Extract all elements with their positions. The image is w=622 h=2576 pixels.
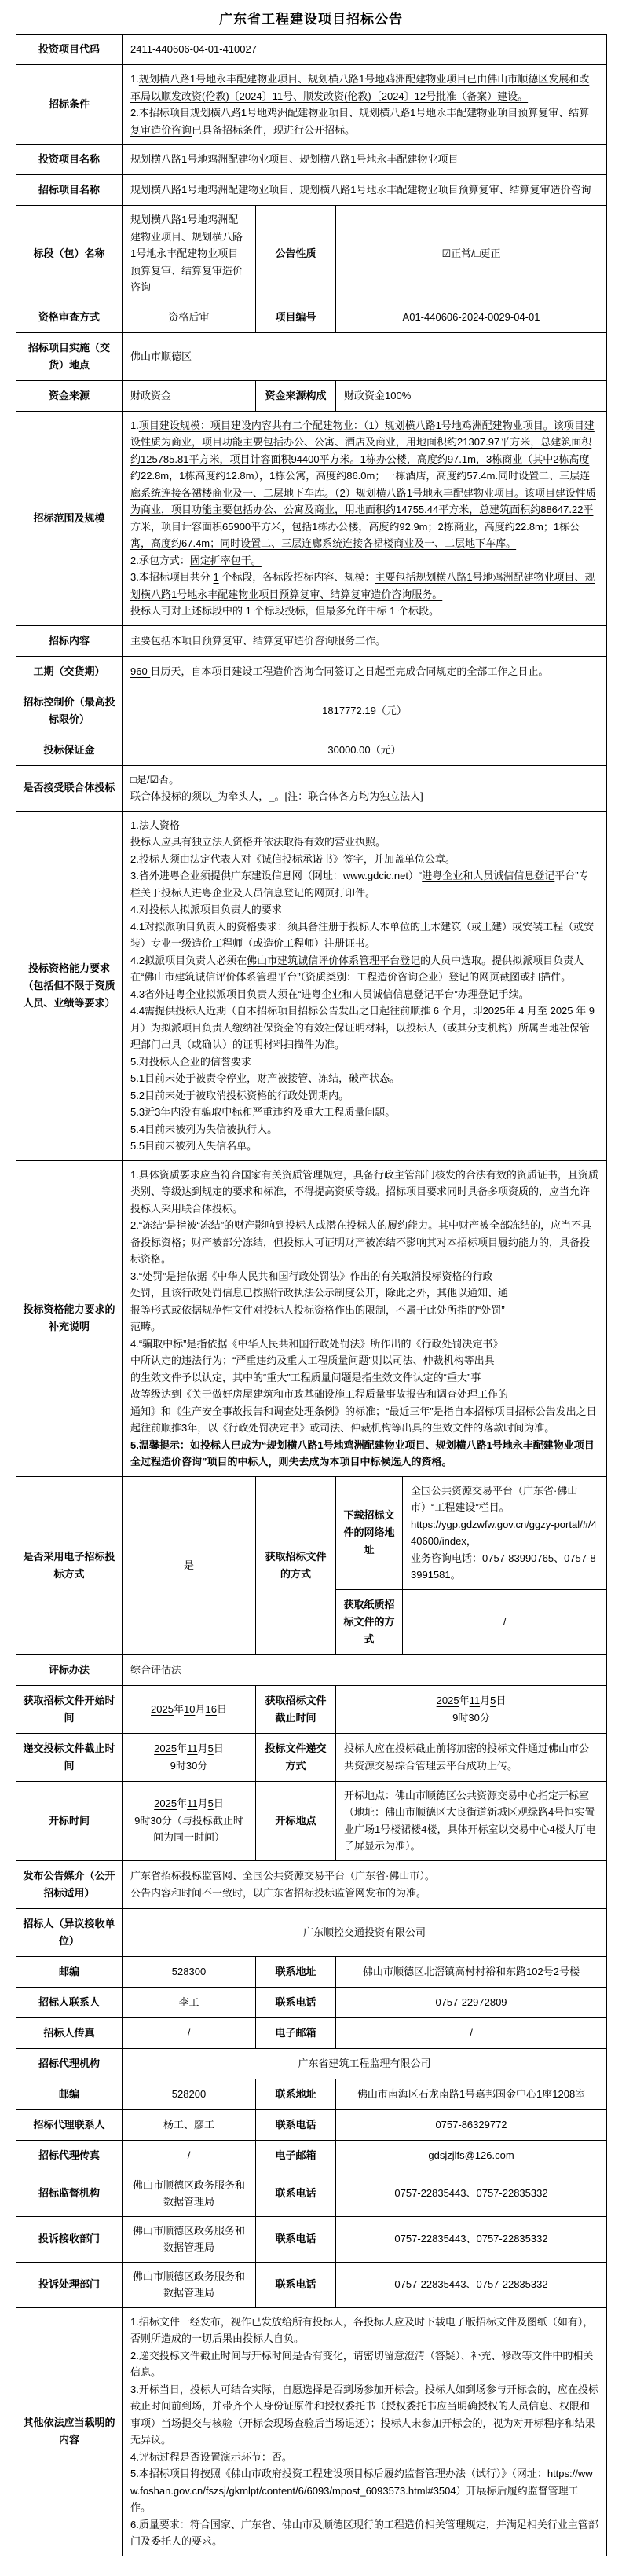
text-line: 是	[130, 1557, 247, 1574]
text-line: /	[130, 2147, 247, 2164]
text-line: 广东顺控交通投资有限公司	[130, 1924, 598, 1941]
text-line: 资格后审	[130, 309, 247, 326]
text-line: 0757-22835443、0757-22835332	[344, 2185, 598, 2202]
delivery-location-label: 招标项目实施（交货）地点	[16, 332, 123, 380]
announcement-nature-value: ☑正常/□更正	[336, 206, 607, 302]
complaint-handling-row: 投诉处理部门佛山市顺德区政务服务和数据管理局联系电话0757-22835443、…	[16, 2262, 607, 2307]
text-line: 招标范围及规模	[21, 510, 117, 527]
investment-project-name-row: 投资项目名称规划横八路1号地鸡洲配建物业项目、规划横八路1号地永丰配建物业项目	[16, 145, 607, 175]
text-line: 广东省建筑工程监理有限公司	[130, 2055, 598, 2072]
text-line: 下载招标文件的网络地址	[341, 1507, 397, 1559]
electronic-bidding-row: 是否采用电子招标投标方式是获取招标文件的方式下载招标文件的网络地址全国公共资源交…	[16, 1476, 607, 1589]
tenderer-fax-label: 招标人传真	[16, 2017, 123, 2048]
submission-deadline-label: 递交投标文件截止时间	[16, 1733, 123, 1781]
text-line: 投标人可对上述标段中的 1 个标段投标，但最多允许中标 1 个标段。	[130, 603, 598, 620]
text-line: 联系电话	[261, 1994, 331, 2011]
text-line: 投标保证金	[21, 742, 117, 759]
qualification-supplement-label: 投标资格能力要求的补充说明	[16, 1160, 123, 1476]
tenderer-value: 广东顺控交通投资有限公司	[123, 1908, 607, 1956]
delivery-location-row: 招标项目实施（交货）地点佛山市顺德区	[16, 332, 607, 380]
text-line: 0757-22972809	[344, 1994, 598, 2011]
complaint-receiving-row: 投诉接收部门佛山市顺德区政务服务和数据管理局联系电话0757-22835443、…	[16, 2216, 607, 2262]
text-line: 2025年11月5日	[130, 1795, 247, 1812]
tender-project-name-value: 规划横八路1号地鸡洲配建物业项目、规划横八路1号地永丰配建物业项目预算复审、结算…	[123, 175, 607, 206]
text-line: 递交投标文件截止时间	[21, 1740, 117, 1775]
tenderer-label: 招标人（异议接收单位）	[16, 1908, 123, 1956]
opening-time-value: 2025年11月5日9时30分（与投标截止时间为同一时间）	[123, 1781, 256, 1860]
obtain-deadline-value: 2025年11月5日9时30分	[336, 1685, 607, 1733]
text-line: /	[344, 2025, 598, 2042]
consortium-accepted-label: 是否接受联合体投标	[16, 765, 123, 811]
text-line: 1.法人资格	[130, 817, 598, 834]
text-line: 招标监督机构	[21, 2185, 117, 2202]
text-line: 评标办法	[21, 1662, 117, 1679]
tenderer-address-value: 佛山市顺德区北滘镇高村村裕和东路102号2号楼	[336, 1956, 607, 1987]
document-obtain-time-row: 获取招标文件开始时间2025年10月16日获取招标文件截止时间2025年11月5…	[16, 1685, 607, 1733]
qualification-supplement-row: 投标资格能力要求的补充说明1.具体资质要求应当符合国家有关资质管理规定，具备行政…	[16, 1160, 607, 1476]
complaint-receiving-value: 佛山市顺德区政务服务和数据管理局	[123, 2216, 256, 2262]
agency-fax-row: 招标代理传真/电子邮箱gdsjzjlfs@126.com	[16, 2140, 607, 2171]
control-price-label: 招标控制价（最高投标限价）	[16, 687, 123, 735]
section-package-row: 标段（包）名称规划横八路1号地鸡洲配建物业项目、规划横八路1号地永丰配建物业项目…	[16, 206, 607, 302]
text-line: 联系地址	[261, 2086, 331, 2103]
supervision-phone-value: 0757-22835443、0757-22835332	[336, 2171, 607, 2216]
download-url-value: 全国公共资源交易平台（广东省·佛山市）“工程建设”栏目。https://ygp.…	[403, 1476, 607, 1589]
text-line: 3.本招标项目共分 1 个标段，各标段招标内容、规模：主要包括规划横八路1号地鸡…	[130, 569, 598, 603]
text-line: 招标代理传真	[21, 2147, 117, 2164]
text-line: 3.开标当日，投标人可结合实际，自愿选择是否到场参加开标会。投标人如到场参与开标…	[130, 2381, 598, 2449]
complaint-receiving-label: 投诉接收部门	[16, 2216, 123, 2262]
submission-method-value: 投标人应在投标截止前将加密的投标文件通过佛山市公共资源交易综合管理云平台成功上传…	[336, 1733, 607, 1781]
text-line: 联系电话	[261, 2230, 331, 2248]
text-line: 电子邮箱	[261, 2025, 331, 2042]
text-line: 6.质量要求：符合国家、广东省、佛山市及顺德区现行的工程造价相关管理规定，并满足…	[130, 2516, 598, 2550]
qualification-requirements-row: 投标资格能力要求（包括但不限于资质人员、业绩等要求）1.法人资格投标人应具有独立…	[16, 811, 607, 1160]
obtain-start-time-label: 获取招标文件开始时间	[16, 1685, 123, 1733]
control-price-row: 招标控制价（最高投标限价）1817772.19（元）	[16, 687, 607, 735]
text-line: 4.评标过程是否设置演示环节：否。	[130, 2449, 598, 2466]
text-line: 1817772.19（元）	[130, 702, 598, 720]
agency-postcode-value: 528200	[123, 2079, 256, 2109]
text-line: 联系电话	[261, 2185, 331, 2202]
opening-time-label: 开标时间	[16, 1781, 123, 1860]
text-line: 开标地点	[261, 1812, 331, 1830]
paper-documents-label: 获取纸质招标文件的方式	[336, 1589, 403, 1654]
text-line: 4.2拟派项目负责人必须在佛山市建筑诚信评价体系管理平台登记的人员中选取。提供拟…	[130, 952, 598, 986]
text-line: 规划横八路1号地鸡洲配建物业项目、规划横八路1号地永丰配建物业项目预算复审、结算…	[130, 211, 247, 296]
text-line: 528300	[130, 1963, 247, 1981]
text-line: 投资项目代码	[21, 41, 117, 58]
text-line: 公告性质	[261, 245, 331, 262]
bid-bond-label: 投标保证金	[16, 735, 123, 765]
agency-contact-row: 招标代理联系人杨工、廖工联系电话0757-86329772	[16, 2109, 607, 2140]
tenderer-contact-value: 李工	[123, 1987, 256, 2017]
other-contents-label: 其他依法应当载明的内容	[16, 2307, 123, 2556]
text-line: 2.承包方式：固定折率包干。	[130, 552, 598, 570]
announcement-media-row: 发布公告媒介（公开招标适用）广东省招标投标监管网、全国公共资源交易平台（广东省·…	[16, 1860, 607, 1908]
text-line: 9时30分	[130, 1757, 247, 1775]
text-line: 佛山市顺德区北滘镇高村村裕和东路102号2号楼	[344, 1963, 598, 1981]
text-line: 4.“骗取中标”是指依据《中华人民共和国行政处罚法》所作出的《行政处罚决定书》	[130, 1336, 598, 1353]
investment-project-name-label: 投资项目名称	[16, 145, 123, 175]
tenderer-contact-label: 招标人联系人	[16, 1987, 123, 2017]
text-line: 2.“冻结”是指被“冻结”的财产影响到投标人或潜在投标人的履约能力。其中财产被全…	[130, 1217, 598, 1268]
text-line: 联系电话	[261, 2276, 331, 2293]
text-line: 邮编	[21, 2086, 117, 2103]
text-line: 4.3省外进粤企业拟派项目负责人须在“进粤企业和人员诚信信息登记平台”办理登记手…	[130, 986, 598, 1003]
text-line: 范畴。	[130, 1318, 598, 1336]
text-line: 邮编	[21, 1963, 117, 1981]
agency-phone-label: 联系电话	[256, 2109, 336, 2140]
text-line: 30000.00（元）	[130, 742, 598, 759]
text-line: 5.1目前未处于被责令停业，财产被接管、冻结，破产状态。	[130, 1070, 598, 1087]
tender-content-value: 主要包括本项目预算复审、结算复审造价咨询服务工作。	[123, 625, 607, 656]
section-package-name-value: 规划横八路1号地鸡洲配建物业项目、规划横八路1号地永丰配建物业项目预算复审、结算…	[123, 206, 256, 302]
agency-email-value: gdsjzjlfs@126.com	[336, 2140, 607, 2171]
text-line: 投标人应在投标截止前将加密的投标文件通过佛山市公共资源交易综合管理云平台成功上传…	[344, 1740, 598, 1774]
evaluation-method-label: 评标办法	[16, 1654, 123, 1685]
qualification-supplement-value: 1.具体资质要求应当符合国家有关资质管理规定，具备行政主管部门核发的合法有效的资…	[123, 1160, 607, 1476]
text-line: 3.“处罚”是指依据《中华人民共和国行政处罚法》作出的有关取消投标资格的行政	[130, 1268, 598, 1285]
text-line: 招标条件	[21, 96, 117, 113]
text-line: 1.规划横八路1号地永丰配建物业项目、规划横八路1号地鸡洲配建物业项目已由佛山市…	[130, 71, 598, 104]
text-line: 2025年11月5日	[130, 1740, 247, 1757]
bid-opening-row: 开标时间2025年11月5日9时30分（与投标截止时间为同一时间）开标地点开标地…	[16, 1781, 607, 1860]
complaint-handling-phone-value: 0757-22835443、0757-22835332	[336, 2262, 607, 2307]
duration-value: 960 日历天，自本项目建设工程造价咨询合同签订之日起至完成合同规定的全部工作之…	[123, 656, 607, 687]
agency-postcode-row: 邮编528200联系地址佛山市南海区石龙南路1号嘉邦国金中心1座1208室	[16, 2079, 607, 2109]
agency-value: 广东省建筑工程监理有限公司	[123, 2048, 607, 2079]
text-line: 报等形式或依据规范性文件对投标人投标资格作出的限制，不属于此处所指的“处罚”	[130, 1302, 598, 1319]
agency-contact-value: 杨工、廖工	[123, 2109, 256, 2140]
text-line: 其他依法应当载明的内容	[21, 2414, 117, 2449]
investment-project-name-value: 规划横八路1号地鸡洲配建物业项目、规划横八路1号地永丰配建物业项目	[123, 145, 607, 175]
text-line: 1.项目建设规模：项目建设内容共有二个配建物业：（1）规划横八路1号地鸡洲配建物…	[130, 417, 598, 552]
investment-project-code-label: 投资项目代码	[16, 35, 123, 65]
text-line: 的生效文件予以认定，其中的“重大”工程质量问题是指生效文件认定的“重大”事	[130, 1369, 598, 1387]
text-line: 招标控制价（最高投标限价）	[21, 694, 117, 728]
text-line: 招标人（异议接收单位）	[21, 1915, 117, 1950]
text-line: 528200	[130, 2086, 247, 2103]
obtain-deadline-label: 获取招标文件截止时间	[256, 1685, 336, 1733]
agency-address-value: 佛山市南海区石龙南路1号嘉邦国金中心1座1208室	[336, 2079, 607, 2109]
text-line: 工期（交货期）	[21, 663, 117, 680]
text-line: 联合体投标的须以_为牵头人，_。[注：联合体各方均为独立法人]	[130, 788, 598, 805]
text-line: 佛山市南海区石龙南路1号嘉邦国金中心1座1208室	[344, 2086, 598, 2103]
tender-content-label: 招标内容	[16, 625, 123, 656]
supervision-agency-value: 佛山市顺德区政务服务和数据管理局	[123, 2171, 256, 2216]
text-line: 全国公共资源交易平台（广东省·佛山市）“工程建设”栏目。	[411, 1482, 598, 1516]
text-line: 资金来源构成	[261, 387, 331, 405]
text-line: 5.5目前未被列入失信名单。	[130, 1138, 598, 1155]
tenderer-email-label: 电子邮箱	[256, 2017, 336, 2048]
text-line: 业务咨询电话：0757-83990765、0757-83991581。	[411, 1550, 598, 1584]
tender-project-name-row: 招标项目名称规划横八路1号地鸡洲配建物业项目、规划横八路1号地永丰配建物业项目预…	[16, 175, 607, 206]
text-line: 招标代理机构	[21, 2055, 117, 2072]
complaint-receiving-phone-value: 0757-22835443、0757-22835332	[336, 2216, 607, 2262]
text-line: 联系地址	[261, 1963, 331, 1981]
text-line: 获取招标文件截止时间	[261, 1692, 331, 1727]
qualification-review-row: 资格审查方式资格后审项目编号A01-440606-2024-0029-04-01	[16, 302, 607, 332]
text-line: 开标时间	[21, 1812, 117, 1830]
tender-scope-label: 招标范围及规模	[16, 411, 123, 625]
text-line: 9时30分（与投标截止时间为同一时间）	[130, 1812, 247, 1846]
announcement-media-label: 发布公告媒介（公开招标适用）	[16, 1860, 123, 1908]
bid-submission-row: 递交投标文件截止时间2025年11月5日9时30分投标文件递交方式投标人应在投标…	[16, 1733, 607, 1781]
text-line: 5.本招标项目将按照《佛山市政府投资工程建设项目标后履约监督管理办法（试行）》（…	[130, 2465, 598, 2516]
text-line: 联系电话	[261, 2116, 331, 2134]
obtain-start-time-value: 2025年10月16日	[123, 1685, 256, 1733]
qualification-requirements-value: 1.法人资格投标人应具有独立法人资格并依法取得有效的营业执照。2.投标人须由法定…	[123, 811, 607, 1160]
text-line: 处罚，且该行政处罚信息已按照行政执法公示制度公开，除此之外，其他以通知、通	[130, 1284, 598, 1302]
text-line: gdsjzjlfs@126.com	[344, 2147, 598, 2164]
electronic-bidding-label: 是否采用电子招标投标方式	[16, 1476, 123, 1654]
opening-place-label: 开标地点	[256, 1781, 336, 1860]
agency-contact-label: 招标代理联系人	[16, 2109, 123, 2140]
announcement-media-value: 广东省招标投标监管网、全国公共资源交易平台（广东省·佛山市）。公告内容和时间不一…	[123, 1860, 607, 1908]
consortium-accepted-value: □是/☑否。联合体投标的须以_为牵头人，_。[注：联合体各方均为独立法人]	[123, 765, 607, 811]
tender-announcement-page: 广东省工程建设项目招标公告 投资项目代码2411-440606-04-01-41…	[0, 0, 622, 2567]
text-line: 4.对投标人拟派项目负责人的要求	[130, 901, 598, 918]
agency-email-label: 电子邮箱	[256, 2140, 336, 2171]
agency-label: 招标代理机构	[16, 2048, 123, 2079]
tender-scope-value: 1.项目建设规模：项目建设内容共有二个配建物业：（1）规划横八路1号地鸡洲配建物…	[123, 411, 607, 625]
text-line: 招标项目实施（交货）地点	[21, 339, 117, 374]
qualification-review-method-label: 资格审查方式	[16, 302, 123, 332]
text-line: 投标资格能力要求（包括但不限于资质人员、业绩等要求）	[21, 960, 117, 1012]
text-line: 招标人联系人	[21, 1994, 117, 2011]
text-line: 招标内容	[21, 632, 117, 650]
tender-conditions-row: 招标条件1.规划横八路1号地永丰配建物业项目、规划横八路1号地鸡洲配建物业项目已…	[16, 65, 607, 145]
control-price-value: 1817772.19（元）	[123, 687, 607, 735]
text-line: 开标地点：佛山市顺德区公共资源交易中心指定开标室（地址：佛山市顺德区大良街道新城…	[344, 1787, 598, 1855]
text-line: 广东省招标投标监管网、全国公共资源交易平台（广东省·佛山市）。	[130, 1867, 598, 1885]
tenderer-fax-value: /	[123, 2017, 256, 2048]
evaluation-method-value: 综合评估法	[123, 1654, 607, 1685]
supervision-agency-row: 招标监督机构佛山市顺德区政务服务和数据管理局联系电话0757-22835443、…	[16, 2171, 607, 2216]
duration-label: 工期（交货期）	[16, 656, 123, 687]
tender-project-name-label: 招标项目名称	[16, 175, 123, 206]
text-line: 投诉处理部门	[21, 2276, 117, 2293]
text-line: 佛山市顺德区政务服务和数据管理局	[130, 2222, 247, 2256]
text-line: https://ygp.gdzwfw.gov.cn/ggzy-portal/#/…	[411, 1516, 598, 1550]
text-line: ☑正常/□更正	[344, 245, 598, 262]
text-line: 中所认定的违法行为；“严重违约及重大工程质量问题”则以司法、仲裁机构等出具	[130, 1352, 598, 1369]
opening-place-value: 开标地点：佛山市顺德区公共资源交易中心指定开标室（地址：佛山市顺德区大良街道新城…	[336, 1781, 607, 1860]
download-url-label: 下载招标文件的网络地址	[336, 1476, 403, 1589]
complaint-receiving-phone-label: 联系电话	[256, 2216, 336, 2262]
text-line: 招标代理联系人	[21, 2116, 117, 2134]
tenderer-phone-value: 0757-22972809	[336, 1987, 607, 2017]
tender-conditions-label: 招标条件	[16, 65, 123, 145]
text-line: 获取招标文件的方式	[261, 1548, 331, 1583]
text-line: □是/☑否。	[130, 771, 598, 789]
funding-source-label: 资金来源	[16, 380, 123, 411]
text-line: 2025年11月5日	[344, 1692, 598, 1709]
delivery-location-value: 佛山市顺德区	[123, 332, 607, 380]
text-line: 财政资金100%	[344, 387, 598, 405]
other-contents-value: 1.招标文件一经发布，视作已发放给所有投标人，各投标人应及时下载电子版招标文件及…	[123, 2307, 607, 2556]
text-line: 投诉接收部门	[21, 2230, 117, 2248]
text-line: 招标人传真	[21, 2025, 117, 2042]
text-line: 2.本招标项目规划横八路1号地鸡洲配建物业项目、规划横八路1号地永丰配建物业项目…	[130, 104, 598, 138]
tenderer-fax-row: 招标人传真/电子邮箱/	[16, 2017, 607, 2048]
obtain-documents-method-label: 获取招标文件的方式	[256, 1476, 336, 1654]
text-line: 招标项目名称	[21, 181, 117, 199]
tenderer-row: 招标人（异议接收单位）广东顺控交通投资有限公司	[16, 1908, 607, 1956]
complaint-handling-label: 投诉处理部门	[16, 2262, 123, 2307]
text-line: 1.具体资质要求应当符合国家有关资质管理规定，具备行政主管部门核发的合法有效的资…	[130, 1167, 598, 1218]
project-number-value: A01-440606-2024-0029-04-01	[336, 302, 607, 332]
project-number-label: 项目编号	[256, 302, 336, 332]
text-line: 5.温馨提示：如投标人已成为“规划横八路1号地鸡洲配建物业项目、规划横八路1号地…	[130, 1437, 598, 1471]
text-line: /	[130, 2025, 247, 2042]
bid-bond-row: 投标保证金30000.00（元）	[16, 735, 607, 765]
text-line: 0757-22835443、0757-22835332	[344, 2276, 598, 2293]
text-line: 0757-86329772	[344, 2116, 598, 2134]
agency-fax-value: /	[123, 2140, 256, 2171]
investment-project-code-value: 2411-440606-04-01-410027	[123, 35, 607, 65]
text-line: 综合评估法	[130, 1662, 598, 1679]
text-line: 是否采用电子招标投标方式	[21, 1548, 117, 1583]
consortium-row: 是否接受联合体投标□是/☑否。联合体投标的须以_为牵头人，_。[注：联合体各方均…	[16, 765, 607, 811]
page-title: 广东省工程建设项目招标公告	[0, 0, 622, 32]
text-line: 2.投标人须由法定代表人对《诚信投标承诺书》签字，并加盖单位公章。	[130, 851, 598, 868]
tender-scope-row: 招标范围及规模1.项目建设规模：项目建设内容共有二个配建物业：（1）规划横八路1…	[16, 411, 607, 625]
text-line: 1.招标文件一经发布，视作已发放给所有投标人，各投标人应及时下载电子版招标文件及…	[130, 2314, 598, 2347]
tender-content-row: 招标内容主要包括本项目预算复审、结算复审造价咨询服务工作。	[16, 625, 607, 656]
text-line: 2411-440606-04-01-410027	[130, 41, 598, 58]
announcement-table: 投资项目代码2411-440606-04-01-410027招标条件1.规划横八…	[16, 34, 607, 2556]
text-line: 投标资格能力要求的补充说明	[21, 1301, 117, 1336]
supervision-phone-label: 联系电话	[256, 2171, 336, 2216]
funding-row: 资金来源财政资金资金来源构成财政资金100%	[16, 380, 607, 411]
text-line: 4.1对拟派项目负责人的资格要求：须具备注册于投标人本单位的土木建筑（或土建）或…	[130, 918, 598, 952]
text-line: 佛山市顺德区政务服务和数据管理局	[130, 2177, 247, 2211]
text-line: 5.2目前未处于被取消投标资格的行政处罚期内。	[130, 1087, 598, 1105]
text-line: 主要包括本项目预算复审、结算复审造价咨询服务工作。	[130, 632, 598, 650]
text-line: 9时30分	[344, 1709, 598, 1727]
tenderer-email-value: /	[336, 2017, 607, 2048]
funding-composition-value: 财政资金100%	[336, 380, 607, 411]
text-line: A01-440606-2024-0029-04-01	[344, 309, 598, 326]
text-line: 李工	[130, 1994, 247, 2011]
text-line: 960 日历天，自本项目建设工程造价咨询合同签订之日起至完成合同规定的全部工作之…	[130, 663, 598, 680]
text-line: 公告内容和时间不一致时，以广东省招标投标监管网发布的为准。	[130, 1885, 598, 1902]
electronic-bidding-value: 是	[123, 1476, 256, 1654]
submission-method-label: 投标文件递交方式	[256, 1733, 336, 1781]
complaint-handling-phone-label: 联系电话	[256, 2262, 336, 2307]
text-line: 获取纸质招标文件的方式	[341, 1596, 397, 1648]
investment-project-code-row: 投资项目代码2411-440606-04-01-410027	[16, 35, 607, 65]
text-line: 杨工、廖工	[130, 2116, 247, 2134]
supervision-agency-label: 招标监督机构	[16, 2171, 123, 2216]
tenderer-address-label: 联系地址	[256, 1956, 336, 1987]
text-line: 2.递交投标文件截止时间与开标时间是否有变化，请密切留意澄清（答疑）、补充、修改…	[130, 2347, 598, 2381]
text-line: 发布公告媒介（公开招标适用）	[21, 1867, 117, 1902]
text-line: 4.4需提供投标人近期（自本招标项目招标公告发出之日起往前顺推 6 个月，即20…	[130, 1002, 598, 1053]
agency-address-label: 联系地址	[256, 2079, 336, 2109]
text-line: 5.对投标人企业的信誉要求	[130, 1053, 598, 1071]
text-line: 投标人应具有独立法人资格并依法取得有效的营业执照。	[130, 834, 598, 851]
evaluation-method-row: 评标办法综合评估法	[16, 1654, 607, 1685]
text-line: 是否接受联合体投标	[21, 779, 117, 797]
agency-row: 招标代理机构广东省建筑工程监理有限公司	[16, 2048, 607, 2079]
agency-phone-value: 0757-86329772	[336, 2109, 607, 2140]
text-line: 3.省外进粤企业须提供广东建设信息网（网址：www.gdcic.net）“进粤企…	[130, 867, 598, 901]
paper-documents-value: /	[403, 1589, 607, 1654]
text-line: 0757-22835443、0757-22835332	[344, 2230, 598, 2248]
text-line: 电子邮箱	[261, 2147, 331, 2164]
text-line: 财政资金	[130, 387, 247, 405]
qualification-review-method-value: 资格后审	[123, 302, 256, 332]
text-line: 故等级达到《关于做好房屋建筑和市政基础设施工程质量事故报告和调查处理工作的	[130, 1386, 598, 1403]
complaint-handling-value: 佛山市顺德区政务服务和数据管理局	[123, 2262, 256, 2307]
text-line: 通知》和《生产安全事故报告和调查处理条例》的标准；“最近三年”是指自本招标项目招…	[130, 1403, 598, 1437]
text-line: 规划横八路1号地鸡洲配建物业项目、规划横八路1号地永丰配建物业项目预算复审、结算…	[130, 181, 598, 199]
submission-deadline-value: 2025年11月5日9时30分	[123, 1733, 256, 1781]
text-line: /	[411, 1614, 598, 1631]
text-line: 资格审查方式	[21, 309, 117, 326]
text-line: 资金来源	[21, 387, 117, 405]
text-line: 投标文件递交方式	[261, 1740, 331, 1775]
qualification-requirements-label: 投标资格能力要求（包括但不限于资质人员、业绩等要求）	[16, 811, 123, 1160]
tenderer-postcode-value: 528300	[123, 1956, 256, 1987]
text-line: 项目编号	[261, 309, 331, 326]
tenderer-phone-label: 联系电话	[256, 1987, 336, 2017]
text-line: 投资项目名称	[21, 151, 117, 168]
tender-conditions-value: 1.规划横八路1号地永丰配建物业项目、规划横八路1号地鸡洲配建物业项目已由佛山市…	[123, 65, 607, 145]
text-line: 获取招标文件开始时间	[21, 1692, 117, 1727]
tenderer-postcode-row: 邮编528300联系地址佛山市顺德区北滘镇高村村裕和东路102号2号楼	[16, 1956, 607, 1987]
other-contents-row: 其他依法应当载明的内容1.招标文件一经发布，视作已发放给所有投标人，各投标人应及…	[16, 2307, 607, 2556]
bid-bond-value: 30000.00（元）	[123, 735, 607, 765]
duration-row: 工期（交货期）960 日历天，自本项目建设工程造价咨询合同签订之日起至完成合同规…	[16, 656, 607, 687]
text-line: 5.3近3年内没有骗取中标和严重违约及重大工程质量问题。	[130, 1104, 598, 1121]
tenderer-postcode-label: 邮编	[16, 1956, 123, 1987]
funding-source-value: 财政资金	[123, 380, 256, 411]
announcement-nature-label: 公告性质	[256, 206, 336, 302]
section-package-name-label: 标段（包）名称	[16, 206, 123, 302]
agency-fax-label: 招标代理传真	[16, 2140, 123, 2171]
text-line: 规划横八路1号地鸡洲配建物业项目、规划横八路1号地永丰配建物业项目	[130, 151, 598, 168]
text-line: 标段（包）名称	[21, 245, 117, 262]
text-line: 佛山市顺德区政务服务和数据管理局	[130, 2268, 247, 2302]
text-line: 佛山市顺德区	[130, 348, 598, 365]
agency-postcode-label: 邮编	[16, 2079, 123, 2109]
funding-composition-label: 资金来源构成	[256, 380, 336, 411]
text-line: 5.4目前未被列为失信被执行人。	[130, 1121, 598, 1138]
text-line: 2025年10月16日	[130, 1701, 247, 1718]
tenderer-contact-row: 招标人联系人李工联系电话0757-22972809	[16, 1987, 607, 2017]
